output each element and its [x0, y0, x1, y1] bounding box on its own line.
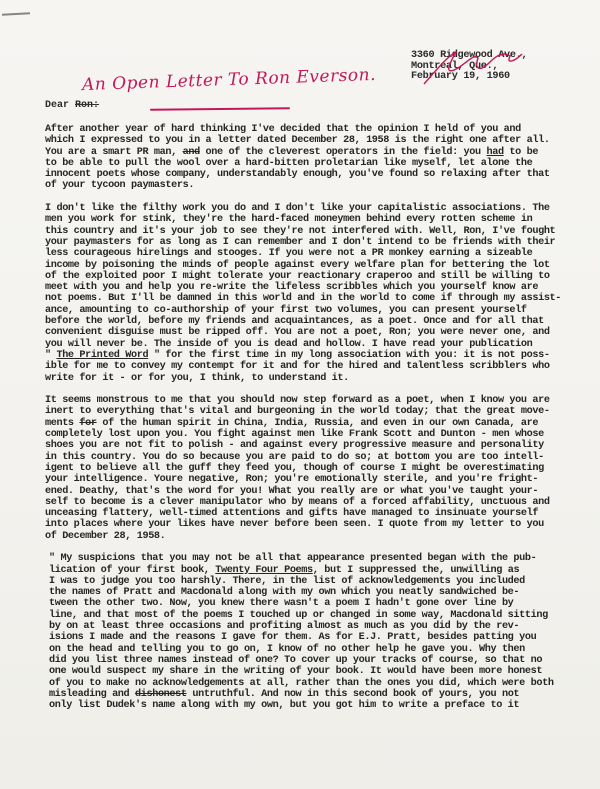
corner-pencil-mark: [2, 12, 30, 15]
text-line: one would suspect my share in the writin…: [49, 666, 575, 677]
letter-paragraph: After another year of hard thinking I've…: [45, 124, 575, 192]
text-line: I don't like the filthy work you do and …: [45, 203, 575, 214]
text-line: isions I made and the reasons I gave for…: [49, 632, 575, 643]
text-line: unceasing flattery, well-timed attention…: [45, 508, 575, 519]
text-line: which I expressed to you in a letter dat…: [45, 135, 575, 146]
salutation-prefix: Dear: [45, 100, 75, 111]
text-line: into places where your likes have never …: [45, 519, 575, 530]
text-line: " My suspicions that you may not be all …: [49, 553, 575, 564]
text-line: not poems. But I'll be damned in this wo…: [45, 293, 575, 304]
text-line: before the world, before my friends and …: [45, 316, 575, 327]
text-line: income by poisoning the minds of people …: [45, 260, 575, 271]
text-line: the names of Pratt and Macdonald along w…: [49, 587, 575, 598]
text-line: to be able to pull the wool over a hard-…: [45, 158, 575, 169]
text-line: ance, amounting to co-authorship of your…: [45, 305, 575, 316]
struck-text: and: [183, 147, 200, 158]
quoted-paragraph: " My suspicions that you may not be all …: [45, 553, 575, 711]
text-line: inert to everything that's vital and bur…: [45, 406, 575, 417]
text-line: in this country. You do so because you a…: [45, 452, 575, 463]
text-line: igent to believe all the guff they feed …: [45, 463, 575, 474]
text-line: self to become is a clever manipulator w…: [45, 497, 575, 508]
text-line: I was to judge you too harshly. There, i…: [49, 576, 575, 587]
text-line: your intelligence. Youre negative, Ron; …: [45, 474, 575, 485]
text-line: of your tycoon paymasters.: [45, 180, 575, 191]
letter-body: After another year of hard thinking I've…: [45, 124, 575, 723]
text-line: ments for of the human spirit in China, …: [45, 418, 575, 429]
struck-text: for: [79, 418, 96, 429]
sender-address: 3360 Ridgewood Ave., Montreal, Que., Feb…: [411, 51, 527, 83]
text-line: you will never be. The inside of you is …: [45, 339, 575, 350]
text-line: After another year of hard thinking I've…: [45, 124, 575, 135]
text-line: lication of your first book, Twenty Four…: [49, 565, 575, 576]
letter-paragraph: It seems monstrous to me that you should…: [45, 395, 575, 542]
text-line: only list Dudek's name along with my own…: [49, 700, 575, 711]
text-line: write for it - or for you, I think, to u…: [45, 373, 575, 384]
underlined-text: Twenty Four Poems: [215, 565, 312, 576]
red-ink-underline: [150, 107, 290, 110]
text-line: by on at least three occasions and profi…: [49, 621, 575, 632]
text-line: misleading and dishonest untruthful. And…: [49, 689, 575, 700]
text-line: You are a smart PR man, and one of the c…: [45, 147, 575, 158]
text-line: completely lost upon you. You fight agai…: [45, 429, 575, 440]
text-line: of December 28, 1958.: [45, 531, 575, 542]
text-line: ible for me to convey my contempt for it…: [45, 361, 575, 372]
letter-paragraph: I don't like the filthy work you do and …: [45, 203, 575, 384]
text-line: shoes you are not fit to polish - and ag…: [45, 440, 575, 451]
address-street: 3360 Ridgewood Ave.,: [411, 51, 527, 62]
text-line: " The Printed Word " for the first time …: [45, 350, 575, 361]
text-line: your paymasters for as long as I can rem…: [45, 237, 575, 248]
text-line: innocent poets whose company, understand…: [45, 169, 575, 180]
salutation: Dear Ron:: [45, 100, 99, 111]
underlined-text: had: [487, 147, 504, 158]
text-line: this country and it's your job to see th…: [45, 226, 575, 237]
text-line: on the head and telling you to go on, I …: [49, 644, 575, 655]
text-line: ened. Deathy, that's the word for you! W…: [45, 486, 575, 497]
text-line: line, and that most of the poems I touch…: [49, 610, 575, 621]
text-line: meet with you and help you re-write the …: [45, 282, 575, 293]
text-line: convenient disguise must be ripped off. …: [45, 327, 575, 338]
text-line: of you to make no acknowledgements at al…: [49, 678, 575, 689]
letter-date: February 19, 1960: [411, 72, 527, 83]
text-line: It seems monstrous to me that you should…: [45, 395, 575, 406]
text-line: did you list three names instead of one?…: [49, 655, 575, 666]
letter-page: An Open Letter To Ron Everson. 3360 Ridg…: [0, 0, 600, 789]
text-line: of the exploited poor I might tolerate y…: [45, 271, 575, 282]
text-line: tween the other two. Now, you knew there…: [49, 598, 575, 609]
handwritten-title-annotation: An Open Letter To Ron Everson.: [82, 65, 377, 95]
underlined-text: The Printed Word: [56, 350, 148, 361]
text-line: less courageous hirelings and stooges. I…: [45, 248, 575, 259]
text-line: men you work for stink, they're the hard…: [45, 214, 575, 225]
salutation-struck-name: Ron:: [75, 100, 99, 111]
struck-text: dishonest: [135, 689, 187, 700]
